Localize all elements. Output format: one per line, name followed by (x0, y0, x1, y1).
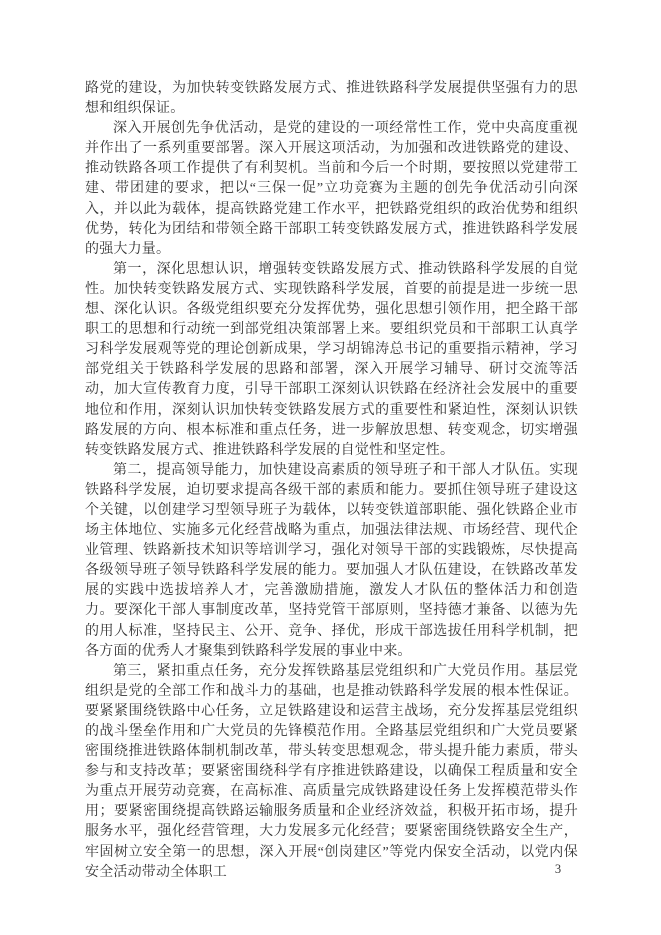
document-body: 路党的建设，为加快转变铁路发展方式、推进铁路科学发展提供坚强有力的思想和组织保证… (85, 79, 578, 883)
paragraph-continuation: 路党的建设，为加快转变铁路发展方式、推进铁路科学发展提供坚强有力的思想和组织保证… (85, 79, 578, 119)
paragraph-intro: 深入开展创先争优活动，是党的建设的一项经常性工作，党中央高度重视并作出了一系列重… (85, 119, 578, 260)
paragraph-point-3: 第三，紧扣重点任务，充分发挥铁路基层党组织和广大党员作用。基层党组织是党的全部工… (85, 662, 578, 883)
document-page: 路党的建设，为加快转变铁路发展方式、推进铁路科学发展提供坚强有力的思想和组织保证… (0, 0, 661, 935)
paragraph-point-2: 第二，提高领导能力，加快建设高素质的领导班子和干部人才队伍。实现铁路科学发展，迫… (85, 461, 578, 662)
page-number: 3 (548, 862, 568, 877)
paragraph-point-1: 第一，深化思想认识，增强转变铁路发展方式、推动铁路科学发展的自觉性。加快转变铁路… (85, 260, 578, 461)
